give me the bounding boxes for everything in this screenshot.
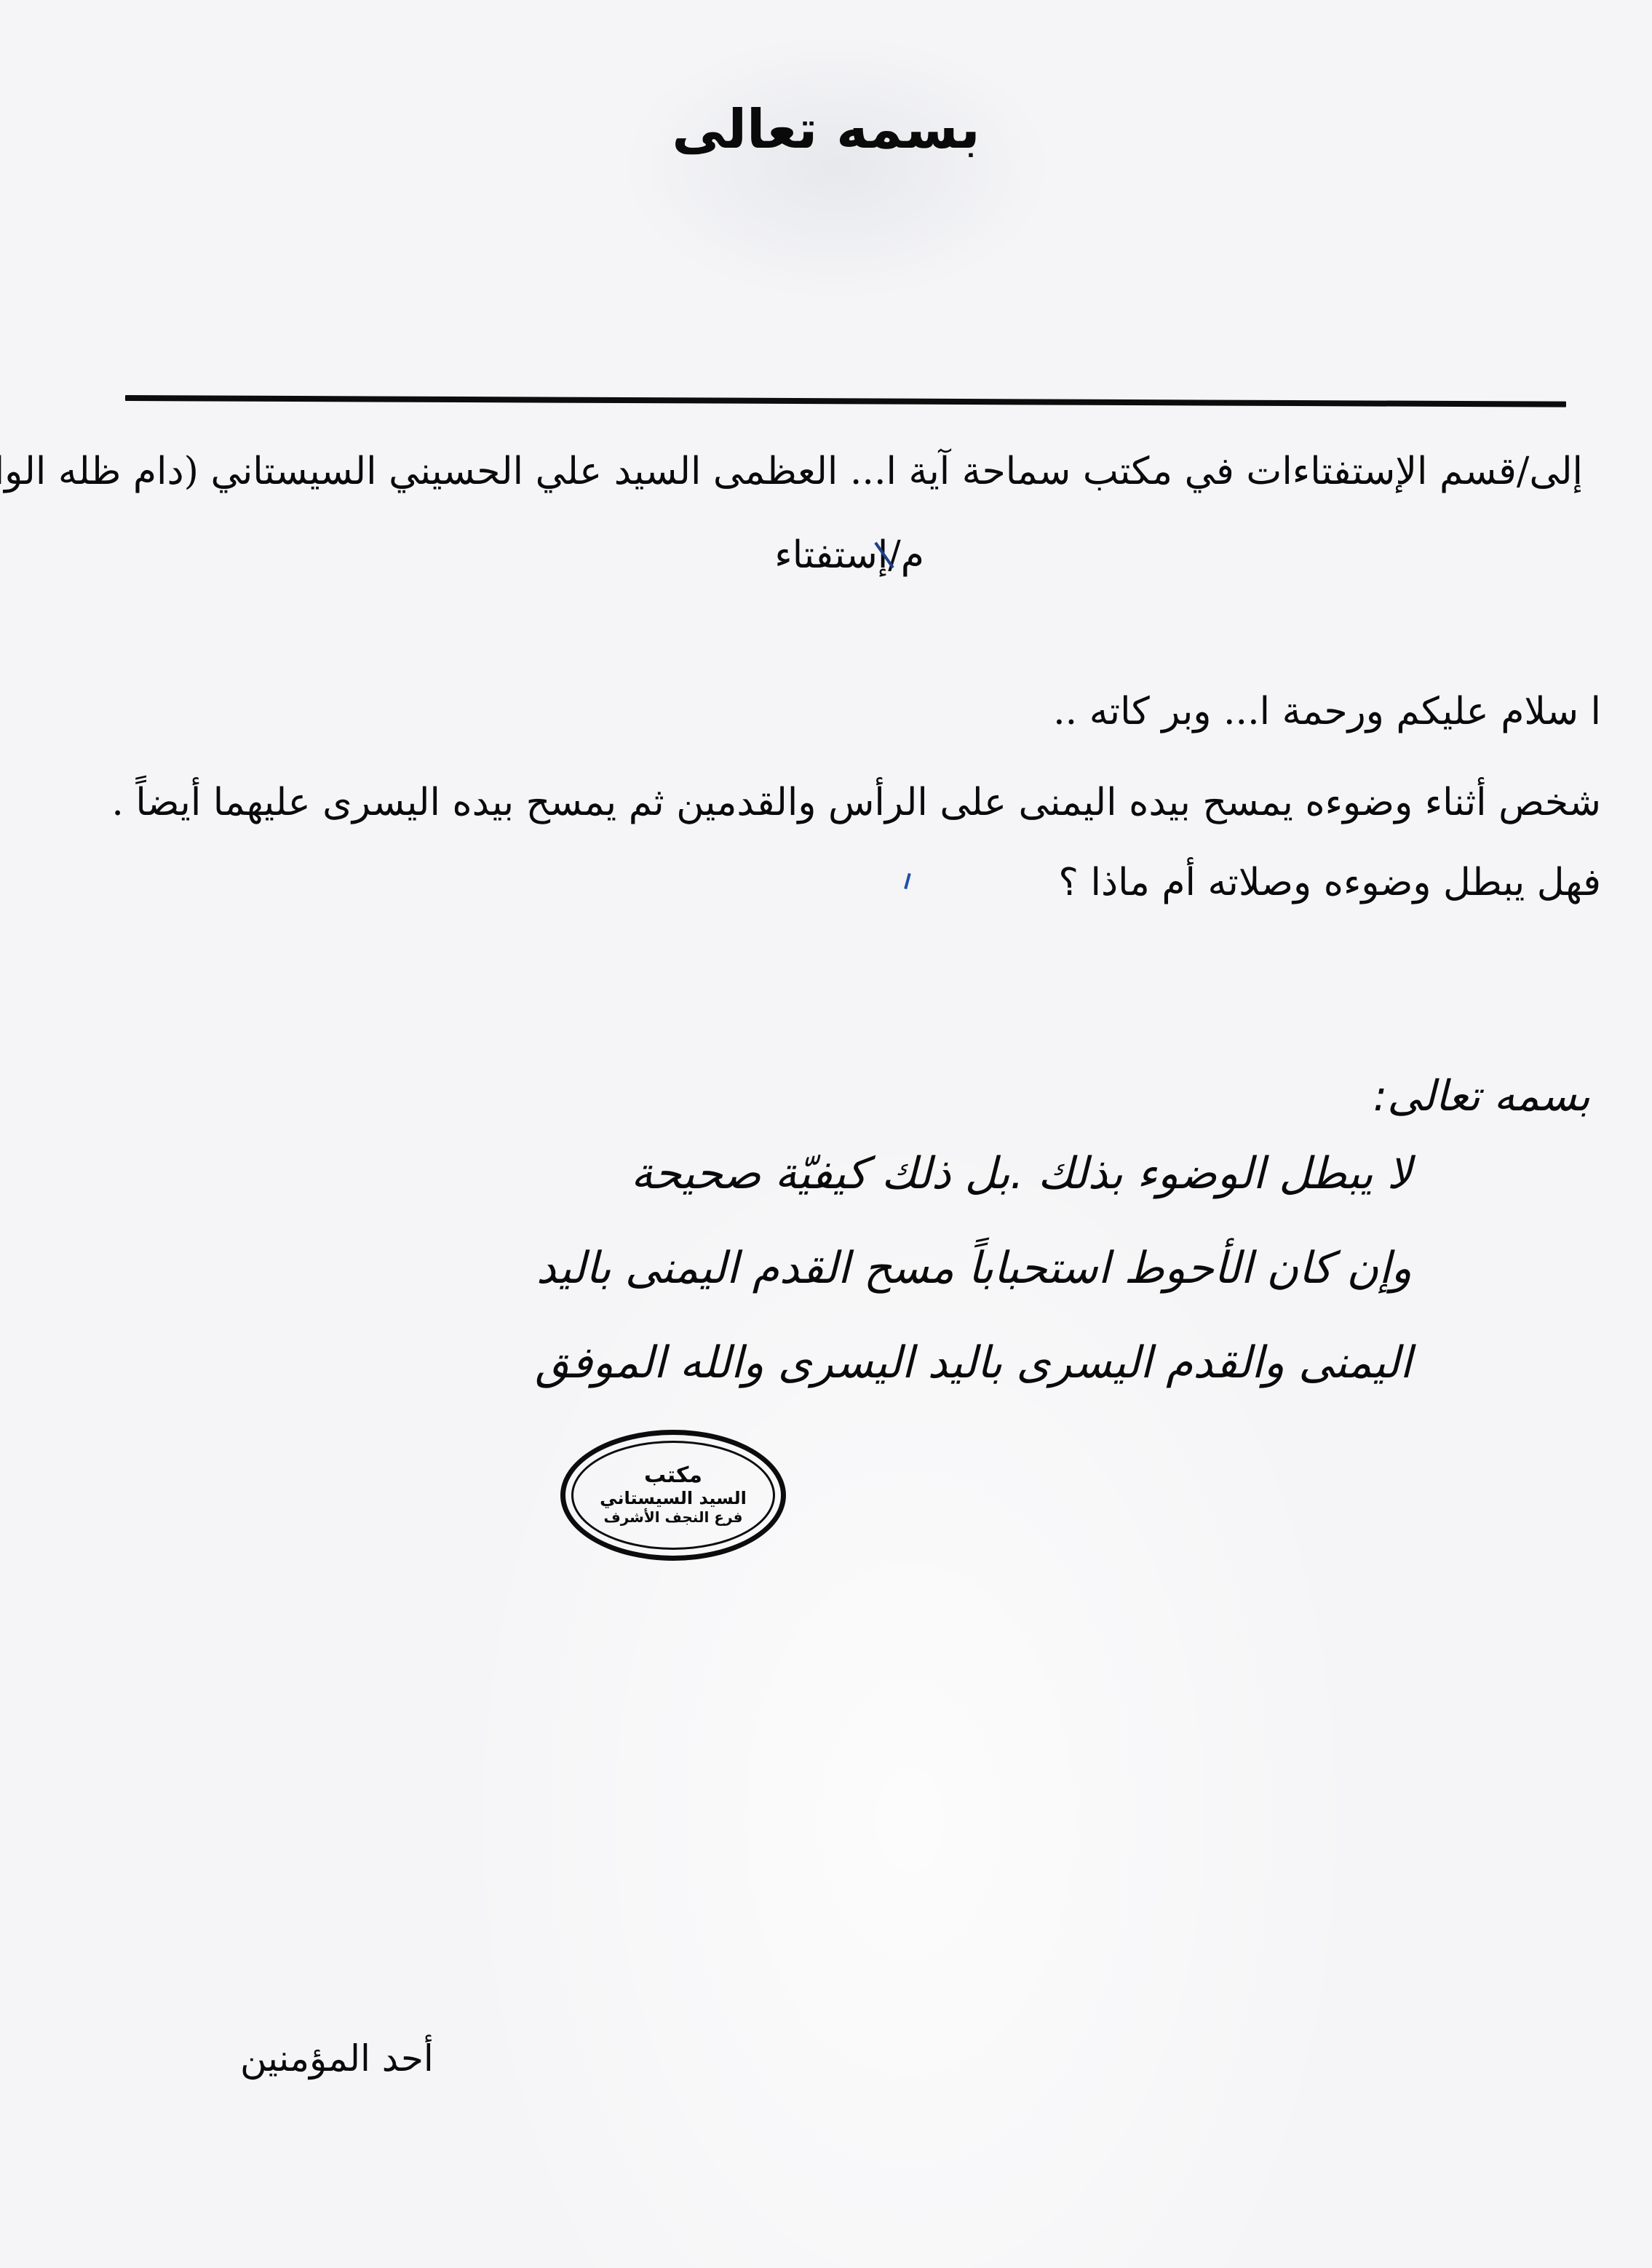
addressee-line: إلى/قسم الإستفتاءات في مكتب سماحة آية ا.… [0, 451, 1583, 493]
subject-line: م/إستفتاء [774, 535, 924, 576]
seal-text-top: مكتب [644, 1463, 702, 1488]
header-divider [125, 395, 1566, 407]
question-line-2: فهل يبطل وضوءه وصلاته أم ماذا ؟ [1058, 862, 1601, 904]
scanned-page: بسمه تعالى إلى/قسم الإستفتاءات في مكتب س… [0, 0, 1652, 2268]
seal-text-bottom: فرع النجف الأشرف [604, 1508, 743, 1526]
answer-line-2: وإن كان الأحوط استحباباً مسح القدم اليمن… [536, 1244, 1412, 1292]
office-seal-stamp: مكتب السيد السيستاني فرع النجف الأشرف [560, 1430, 786, 1561]
seal-text-middle: السيد السيستاني [600, 1488, 747, 1508]
greeting-line: ا سلام عليكم ورحمة ا... وبر كاته .. [1053, 691, 1601, 733]
answer-heading: بسمه تعالى: [1373, 1073, 1590, 1120]
answer-line-1: لا يبطل الوضوء بذلك .بل ذلك كيفيّة صحيحة [631, 1150, 1412, 1198]
pen-tick-mark [904, 873, 911, 889]
signature: أحد المؤمنين [240, 2037, 434, 2080]
answer-line-3: اليمنى والقدم اليسرى باليد اليسرى والله … [535, 1339, 1412, 1387]
question-line-1: شخص أثناء وضوءه يمسح بيده اليمنى على الر… [111, 782, 1601, 824]
document-title: بسمه تعالى [0, 98, 1652, 161]
